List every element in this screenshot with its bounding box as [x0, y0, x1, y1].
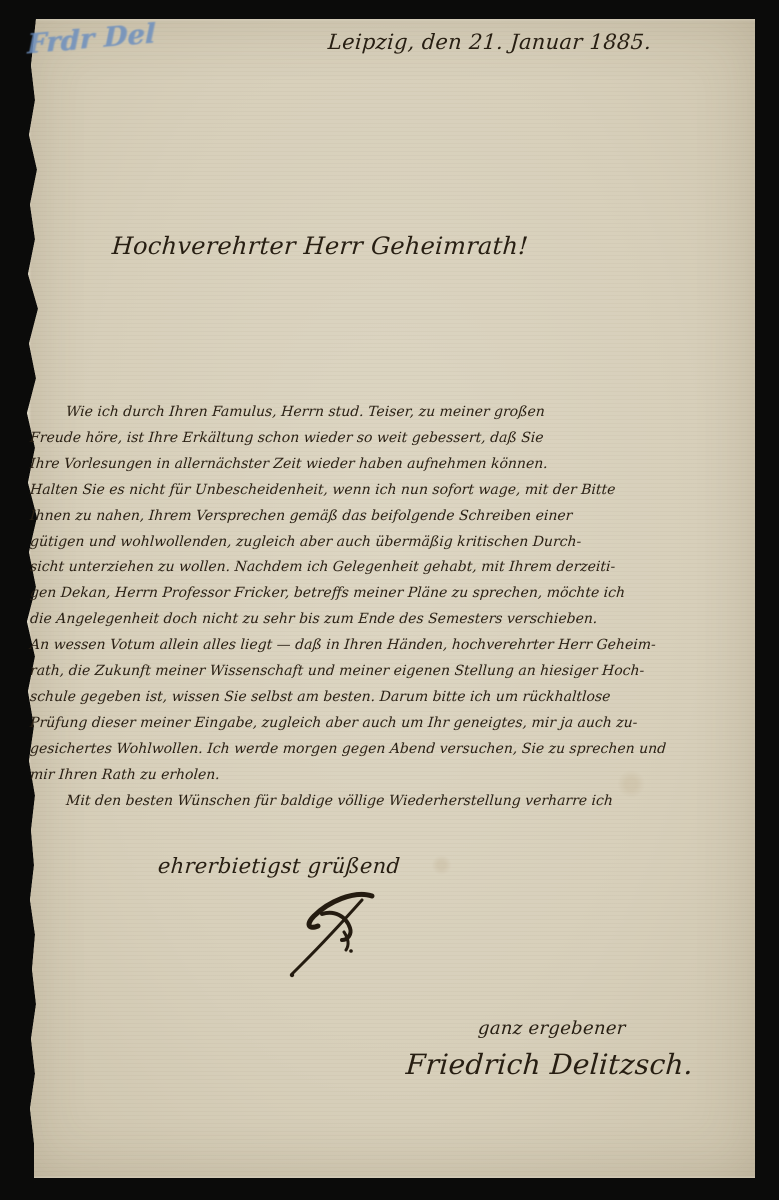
body-line: gesichertes Wohlwollen. Ich werde morgen… — [29, 737, 727, 763]
body-line: schule gegeben ist, wissen Sie selbst am… — [29, 685, 727, 711]
closing-greeting: ehrerbietigst grüßend — [157, 854, 401, 878]
body-line: gütigen und wohlwollenden, zugleich aber… — [29, 530, 727, 556]
salutation: Hochverehrter Herr Geheimrath! — [111, 232, 529, 260]
body-line: sicht unterziehen zu wollen. Nachdem ich… — [29, 555, 727, 581]
body-line: Ihnen zu nahen, Ihrem Versprechen gemäß … — [29, 504, 727, 530]
body-line: Halten Sie es nicht für Unbescheidenheit… — [29, 478, 727, 504]
dateline: Leipzig, den 21. Januar 1885. — [327, 30, 652, 54]
body-line: Mit den besten Wünschen für baldige völl… — [29, 789, 727, 815]
body-line: An wessen Votum allein alles liegt — daß… — [29, 633, 727, 659]
body-line: Freude höre, ist Ihre Erkältung schon wi… — [29, 426, 727, 452]
body-line: gen Dekan, Herrn Professor Fricker, betr… — [29, 581, 727, 607]
signature-flourish — [288, 888, 398, 980]
flourish-paraph-icon — [288, 888, 398, 980]
signature: Friedrich Delitzsch. — [405, 1048, 694, 1081]
letter-scan: Frdr Del Leipzig, den 21. Januar 1885. H… — [0, 0, 779, 1200]
body-line: Ihre Vorlesungen in allernächster Zeit w… — [29, 452, 727, 478]
body-line: Wie ich durch Ihren Famulus, Herrn stud.… — [29, 400, 727, 426]
body-line: die Angelegenheit doch nicht zu sehr bis… — [29, 607, 727, 633]
body-line: rath, die Zukunft meiner Wissenschaft un… — [29, 659, 727, 685]
body-line: mir Ihren Rath zu erholen. — [29, 763, 727, 789]
letter-body: Wie ich durch Ihren Famulus, Herrn stud.… — [30, 400, 726, 815]
closing-valediction: ganz ergebener — [477, 1018, 626, 1039]
body-line: Prüfung dieser meiner Eingabe, zugleich … — [29, 711, 727, 737]
